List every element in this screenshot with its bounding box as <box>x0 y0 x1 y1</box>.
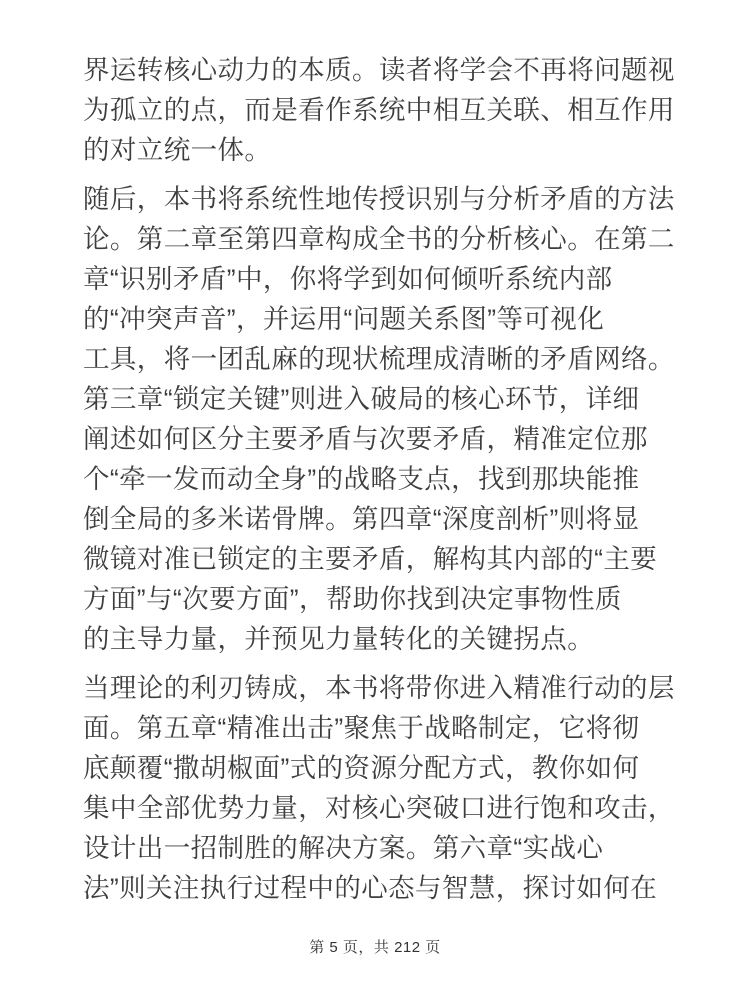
page-footer: 第 5 页，共 212 页 <box>0 938 750 958</box>
paragraph-2: 随后，本书将系统性地传授识别与分析矛盾的方法论。第二章至第四章构成全书的分析核心… <box>83 179 667 659</box>
document-page: 界运转核心动力的本质。读者将学会不再将问题视为孤立的点，而是看作系统中相互关联、… <box>0 0 750 1000</box>
text-line: 面。第五章“精准出击”聚焦于战略制定，它将彻 <box>83 708 667 748</box>
text-line: 设计出一招制胜的解决方案。第六章“实战心 <box>83 828 667 868</box>
text-line: 方面”与“次要方面”，帮助你找到决定事物性质 <box>83 579 667 619</box>
paragraph-3: 当理论的利刃铸成，本书将带你进入精准行动的层面。第五章“精准出击”聚焦于战略制定… <box>83 668 667 908</box>
text-line: 阐述如何区分主要矛盾与次要矛盾，精准定位那 <box>83 419 667 459</box>
paragraph-1: 界运转核心动力的本质。读者将学会不再将问题视为孤立的点，而是看作系统中相互关联、… <box>83 50 667 170</box>
text-line: 底颠覆“撒胡椒面”式的资源分配方式，教你如何 <box>83 748 667 788</box>
page-number-indicator: 第 5 页，共 212 页 <box>309 939 441 956</box>
text-line: 随后，本书将系统性地传授识别与分析矛盾的方法 <box>83 179 667 219</box>
page-text-content: 界运转核心动力的本质。读者将学会不再将问题视为孤立的点，而是看作系统中相互关联、… <box>83 50 667 917</box>
text-line: 倒全局的多米诺骨牌。第四章“深度剖析”则将显 <box>83 499 667 539</box>
text-line: 个“牵一发而动全身”的战略支点，找到那块能推 <box>83 459 667 499</box>
text-line: 当理论的利刃铸成，本书将带你进入精准行动的层 <box>83 668 667 708</box>
text-line: 论。第二章至第四章构成全书的分析核心。在第二 <box>83 219 667 259</box>
text-line: 工具，将一团乱麻的现状梳理成清晰的矛盾网络。 <box>83 339 667 379</box>
text-line: 微镜对准已锁定的主要矛盾，解构其内部的“主要 <box>83 539 667 579</box>
text-line: 的“冲突声音”，并运用“问题关系图”等可视化 <box>83 299 667 339</box>
text-line: 的对立统一体。 <box>83 130 667 170</box>
text-line: 的主导力量，并预见力量转化的关键拐点。 <box>83 619 667 659</box>
text-line: 集中全部优势力量，对核心突破口进行饱和攻击， <box>83 788 667 828</box>
text-line: 为孤立的点，而是看作系统中相互关联、相互作用 <box>83 90 667 130</box>
text-line: 法”则关注执行过程中的心态与智慧，探讨如何在 <box>83 868 667 908</box>
text-line: 界运转核心动力的本质。读者将学会不再将问题视 <box>83 50 667 90</box>
text-line: 第三章“锁定关键”则进入破局的核心环节，详细 <box>83 379 667 419</box>
text-line: 章“识别矛盾”中，你将学到如何倾听系统内部 <box>83 259 667 299</box>
